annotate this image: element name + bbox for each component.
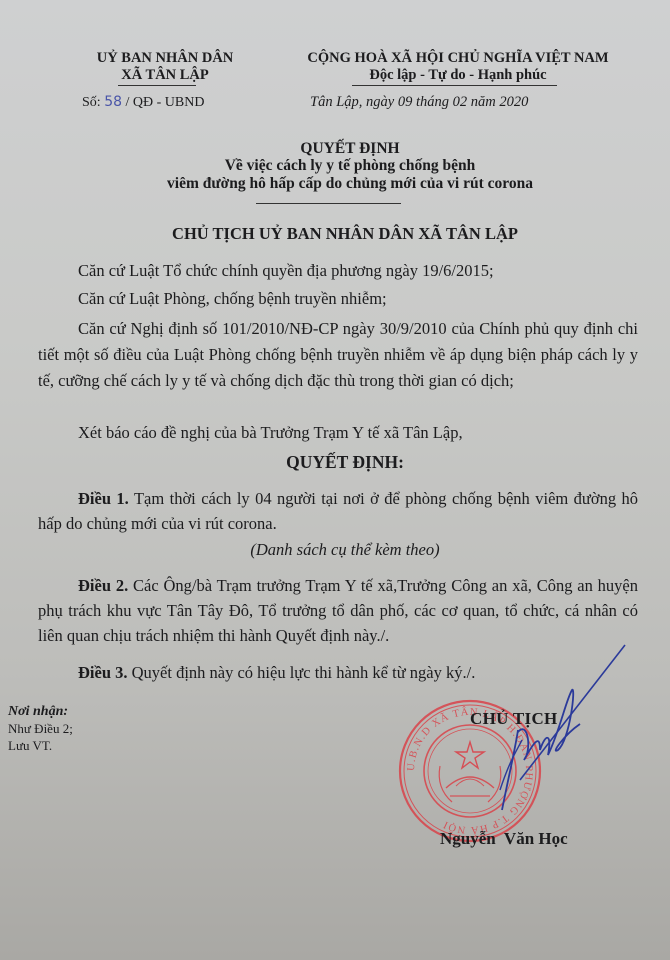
- article-2-label: Điều 2.: [78, 576, 128, 595]
- article-1-note: (Danh sách cụ thể kèm theo): [0, 540, 670, 560]
- article-2-text: Các Ông/bà Trạm trưởng Trạm Y tế xã,Trưở…: [38, 576, 638, 645]
- national-motto: Độc lập - Tự do - Hạnh phúc: [268, 67, 648, 84]
- basis-2: Căn cứ Luật Phòng, chống bệnh truyền nhi…: [38, 286, 638, 311]
- signer-name: Nguyễn Văn Học: [440, 829, 568, 849]
- agency-underline: [118, 85, 196, 86]
- motto-underline: [352, 85, 557, 86]
- agency-commune: XÃ TÂN LẬP: [121, 67, 209, 86]
- document-number: Số: 58 / QĐ - UBND: [82, 94, 204, 111]
- number-label: Số:: [82, 95, 101, 110]
- recipients-label: Nơi nhận:: [8, 703, 73, 720]
- number-suffix: / QĐ - UBND: [126, 95, 205, 110]
- title-underline: [256, 203, 401, 204]
- recipient-item: Lưu VT.: [8, 737, 73, 754]
- handwritten-signature-icon: [480, 640, 630, 820]
- decision-heading: QUYẾT ĐỊNH:: [0, 452, 670, 473]
- authority-heading: CHỦ TỊCH UỶ BAN NHÂN DÂN XÃ TÂN LẬP: [0, 224, 670, 244]
- article-1: Điều 1. Tạm thời cách ly 04 người tại nơ…: [38, 486, 638, 536]
- agency-name: UỶ BAN NHÂN DÂN: [60, 50, 270, 67]
- document-type: QUYẾT ĐỊNH: [0, 140, 670, 158]
- article-3-text: Quyết định này có hiệu lực thi hành kể t…: [132, 663, 476, 682]
- recipients-block: Nơi nhận: Như Điều 2; Lưu VT.: [8, 703, 73, 754]
- subject-line-2: viêm đường hô hấp cấp do chủng mới của v…: [0, 175, 670, 193]
- basis-1: Căn cứ Luật Tổ chức chính quyền địa phươ…: [38, 258, 638, 283]
- article-3-label: Điều 3.: [78, 663, 128, 682]
- article-1-label: Điều 1.: [78, 489, 129, 508]
- country-name: CỘNG HOÀ XÃ HỘI CHỦ NGHĨA VIỆT NAM: [268, 50, 648, 67]
- issuing-agency: UỶ BAN NHÂN DÂN XÃ TÂN LẬP: [60, 50, 270, 86]
- article-2: Điều 2. Các Ông/bà Trạm trưởng Trạm Y tế…: [38, 573, 638, 648]
- basis-4: Xét báo cáo đề nghị của bà Trưởng Trạm Y…: [38, 420, 638, 445]
- basis-3: Căn cứ Nghị định số 101/2010/NĐ-CP ngày …: [38, 316, 638, 394]
- number-value: 58: [104, 94, 122, 110]
- place-date: Tân Lập, ngày 09 tháng 02 năm 2020: [310, 94, 528, 111]
- recipient-item: Như Điều 2;: [8, 720, 73, 737]
- national-title: CỘNG HOÀ XÃ HỘI CHỦ NGHĨA VIỆT NAM Độc l…: [268, 50, 648, 84]
- subject-line-1: Về việc cách ly y tế phòng chống bệnh: [0, 157, 670, 175]
